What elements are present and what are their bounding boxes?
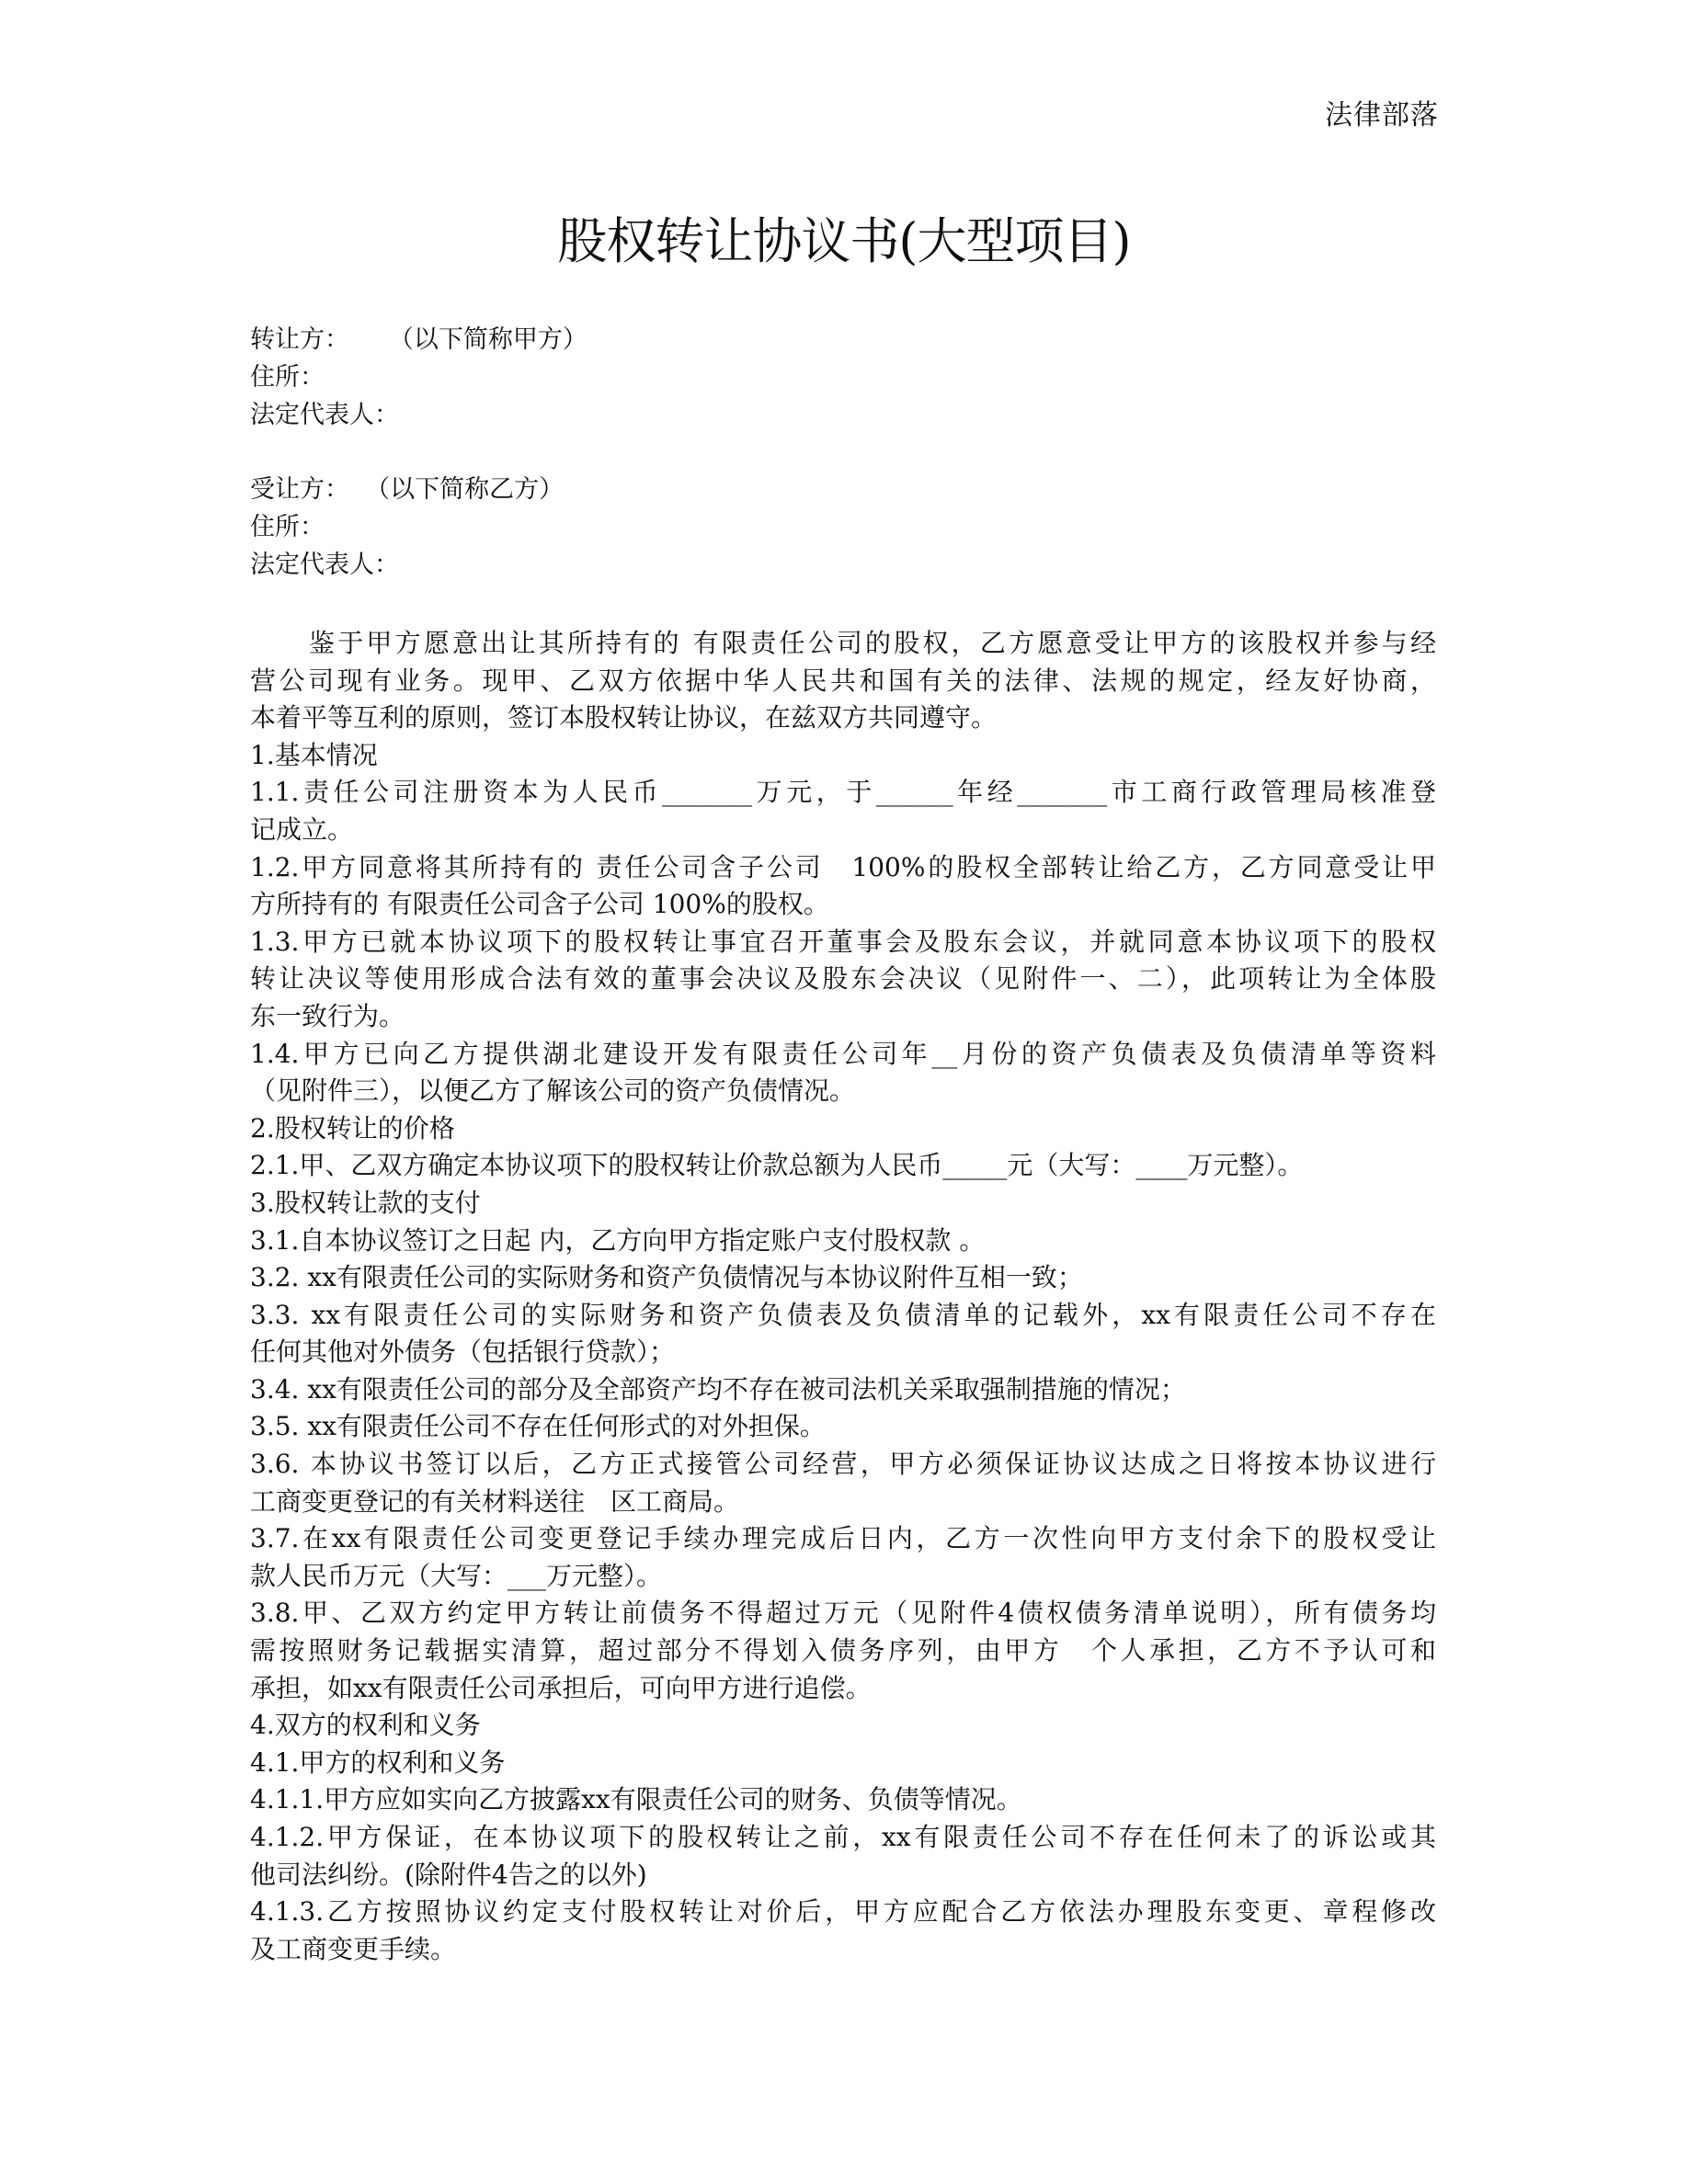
section-heading-3: 3.股权转让款的支付 [250,1185,1436,1223]
text-line: 转让决议等使用形成合法有效的董事会决议及股东会决议（见附件一、二），此项转让为全… [250,961,1436,998]
text-line: 他司法纠纷。(除附件4告之的以外) [250,1857,1436,1894]
agreement-body: 鉴于甲方愿意出让其所持有的 有限责任公司的股权，乙方愿意受让甲方的该股权并参与经… [250,625,1436,1968]
header-mark: 法律部落 [1325,97,1439,134]
text-line: 需按照财务记载据实清算，超过部分不得划入债务序列，由甲方 个人承担，乙方不予认可… [250,1632,1436,1670]
text-line: 及工商变更手续。 [250,1931,1436,1969]
section-heading-1: 1.基本情况 [250,737,1436,775]
text-line: 3.1.自本协议签订之日起 内，乙方向甲方指定账户支付股权款 。 [250,1223,1436,1260]
section-heading-4: 4.双方的权利和义务 [250,1707,1436,1745]
document-title: 股权转让协议书(大型项目) [0,210,1688,274]
clause-4-1-2: 4.1.2.甲方保证，在本协议项下的股权转让之前，xx有限责任公司不存在任何未了… [250,1819,1436,1894]
text-line: 方所持有的 有限责任公司含子公司 100%的股权。 [250,886,1436,924]
text-line: 4.1.3.乙方按照协议约定支付股权转让对价后，甲方应配合乙方依法办理股东变更、… [250,1894,1436,1931]
clause-4-1-3: 4.1.3.乙方按照协议约定支付股权转让对价后，甲方应配合乙方依法办理股东变更、… [250,1894,1436,1968]
parties-block: 转让方： （以下简称甲方） 住所： 法定代表人： 受让方： （以下简称乙方） 住… [250,322,1436,585]
clause-3-8: 3.8.甲、乙双方约定甲方转让前债务不得超过万元（见附件4债权债务清单说明），所… [250,1595,1436,1707]
text-line: （见附件三），以便乙方了解该公司的资产负债情况。 [250,1073,1436,1110]
text-line: 鉴于甲方愿意出让其所持有的 有限责任公司的股权，乙方愿意受让甲方的该股权并参与经 [250,625,1436,663]
transferor-alias: （以下简称甲方） [389,325,587,354]
transferee-line: 受让方： （以下简称乙方） [250,472,1436,509]
clause-1-2: 1.2.甲方同意将其所持有的 责任公司含子公司 100%的股权全部转让给乙方，乙… [250,849,1436,924]
text-line: 1.2.甲方同意将其所持有的 责任公司含子公司 100%的股权全部转让给乙方，乙… [250,849,1436,887]
transferor-label: 转让方： [250,325,349,354]
text-line: 东一致行为。 [250,998,1436,1036]
clause-3-7: 3.7.在xx有限责任公司变更登记手续办理完成后日内，乙方一次性向甲方支付余下的… [250,1520,1436,1595]
preamble-paragraph: 鉴于甲方愿意出让其所持有的 有限责任公司的股权，乙方愿意受让甲方的该股权并参与经… [250,625,1436,737]
clause-1-1: 1.1.责任公司注册资本为人民币_______万元，于______年经_____… [250,774,1436,848]
clause-1-4: 1.4.甲方已向乙方提供湖北建设开发有限责任公司年__月份的资产负债表及负债清单… [250,1036,1436,1110]
text-line: 营公司现有业务。现甲、乙双方依据中华人民共和国有关的法律、法规的规定，经友好协商… [250,663,1436,700]
clause-3-4: 3.4. xx有限责任公司的部分及全部资产均不存在被司法机关采取强制措施的情况； [250,1371,1436,1409]
clause-4-1-1: 4.1.1.甲方应如实向乙方披露xx有限责任公司的财务、负债等情况。 [250,1781,1436,1819]
transferee-address: 住所： [250,509,1436,547]
text-line: 3.2. xx有限责任公司的实际财务和资产负债情况与本协议附件互相一致； [250,1259,1436,1297]
clause-1-3: 1.3.甲方已就本协议项下的股权转让事宜召开董事会及股东会议，并就同意本协议项下… [250,924,1436,1036]
transferor-spacer [349,325,389,354]
text-line: 3.6. 本协议书签订以后，乙方正式接管公司经营，甲方必须保证协议达成之日将按本… [250,1446,1436,1484]
text-line: 任何其他对外债务（包括银行贷款）； [250,1334,1436,1371]
clause-3-5: 3.5. xx有限责任公司不存在任何形式的对外担保。 [250,1408,1436,1446]
clause-3-6: 3.6. 本协议书签订以后，乙方正式接管公司经营，甲方必须保证协议达成之日将按本… [250,1446,1436,1520]
text-line: 3.4. xx有限责任公司的部分及全部资产均不存在被司法机关采取强制措施的情况； [250,1371,1436,1409]
text-line: 记成立。 [250,812,1436,849]
transferor-address: 住所： [250,359,1436,397]
text-line: 工商变更登记的有关材料送往 区工商局。 [250,1484,1436,1521]
text-line: 1.4.甲方已向乙方提供湖北建设开发有限责任公司年__月份的资产负债表及负债清单… [250,1036,1436,1074]
text-line: 1.3.甲方已就本协议项下的股权转让事宜召开董事会及股东会议，并就同意本协议项下… [250,924,1436,961]
text-line: 3.7.在xx有限责任公司变更登记手续办理完成后日内，乙方一次性向甲方支付余下的… [250,1520,1436,1558]
transferee-spacer [349,475,365,504]
section-heading-2: 2.股权转让的价格 [250,1110,1436,1148]
subsection-heading-4-1: 4.1.甲方的权利和义务 [250,1745,1436,1782]
text-line: 3.8.甲、乙双方约定甲方转让前债务不得超过万元（见附件4债权债务清单说明），所… [250,1595,1436,1632]
transferee-alias: （以下简称乙方） [365,475,564,504]
transferor-line: 转让方： （以下简称甲方） [250,322,1436,359]
text-line: 款人民币万元（大写：___万元整）。 [250,1558,1436,1596]
clause-3-3: 3.3. xx有限责任公司的实际财务和资产负债表及负债清单的记载外，xx有限责任… [250,1297,1436,1371]
clause-3-2: 3.2. xx有限责任公司的实际财务和资产负债情况与本协议附件互相一致； [250,1259,1436,1297]
text-line: 2.1.甲、乙双方确定本协议项下的股权转让价款总额为人民币_____元（大写：_… [250,1147,1436,1185]
text-line: 4.1.1.甲方应如实向乙方披露xx有限责任公司的财务、负债等情况。 [250,1781,1436,1819]
party-spacer [250,434,1436,472]
text-line: 承担，如xx有限责任公司承担后，可向甲方进行追偿。 [250,1670,1436,1708]
document-page: 法律部落 股权转让协议书(大型项目) 转让方： （以下简称甲方） 住所： 法定代… [0,0,1688,2184]
transferor-representative: 法定代表人： [250,397,1436,435]
clause-2-1: 2.1.甲、乙双方确定本协议项下的股权转让价款总额为人民币_____元（大写：_… [250,1147,1436,1185]
transferee-representative: 法定代表人： [250,547,1436,585]
text-line: 本着平等互利的原则，签订本股权转让协议，在兹双方共同遵守。 [250,700,1436,737]
text-line: 3.3. xx有限责任公司的实际财务和资产负债表及负债清单的记载外，xx有限责任… [250,1297,1436,1335]
transferee-label: 受让方： [250,475,349,504]
text-line: 4.1.2.甲方保证，在本协议项下的股权转让之前，xx有限责任公司不存在任何未了… [250,1819,1436,1857]
text-line: 1.1.责任公司注册资本为人民币_______万元，于______年经_____… [250,774,1436,812]
clause-3-1: 3.1.自本协议签订之日起 内，乙方向甲方指定账户支付股权款 。 [250,1223,1436,1260]
text-line: 3.5. xx有限责任公司不存在任何形式的对外担保。 [250,1408,1436,1446]
